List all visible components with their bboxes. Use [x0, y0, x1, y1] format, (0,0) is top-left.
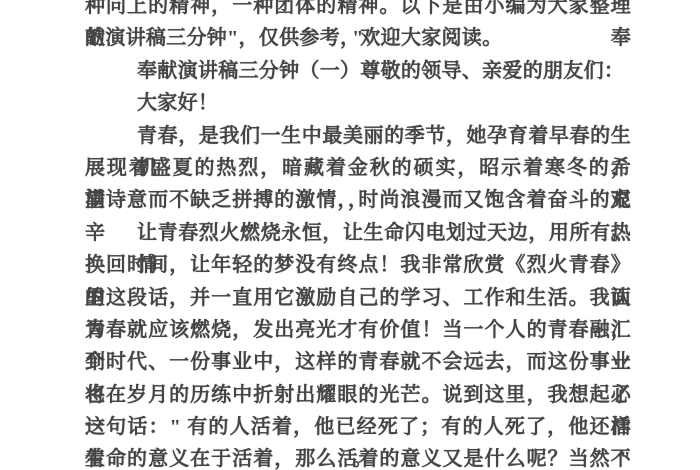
- text-line: 展现着盛夏的热烈，暗藏着金秋的硕实，昭示着寒冬的希望，充: [85, 152, 631, 184]
- text-line: 的这段话，并一直用它激励自己的学习、工作和生活。我认为，: [85, 282, 631, 314]
- text-column: 种向上的精神，一种团体的精神。以下是由小编为大家整理的"奉 献演讲稿三分钟"，仅…: [85, 0, 631, 470]
- text-line: 满诗意而不缺乏拼搏的激情，时尚浪漫而又饱含着奋斗的艰辛。: [85, 184, 631, 216]
- text-line: 生命的意义在于活着，那么活着的意义又是什么呢？当然不是为: [85, 443, 631, 470]
- text-line: 让青春烈火燃烧永恒，让生命闪电划过天边，用所有热情: [85, 217, 631, 249]
- text-line: 个时代、一份事业中，这样的青春就不会远去，而这份事业也必: [85, 346, 631, 378]
- text-line: 一句话：" 有的人活着，他已经死了；有的人死了，他还活着。": [85, 411, 631, 443]
- document-page: 种向上的精神，一种团体的精神。以下是由小编为大家整理的"奉 献演讲稿三分钟"，仅…: [0, 0, 700, 470]
- text-line: 青春，是我们一生中最美丽的季节，她孕育着早春的生机，: [85, 120, 631, 152]
- text-line: 青春就应该燃烧，发出亮光才有价值！当一个人的青春融汇到一: [85, 314, 631, 346]
- text-line: 大家好！: [85, 87, 631, 119]
- text-line: 种向上的精神，一种团体的精神。以下是由小编为大家整理的"奉: [85, 0, 631, 22]
- text-line: 奉献演讲稿三分钟（一）尊敬的领导、亲爱的朋友们：: [85, 55, 631, 87]
- text-line: 将在岁月的历练中折射出耀眼的光芒。说到这里，我想起了这样: [85, 379, 631, 411]
- text-line: 换回时间，让年轻的梦没有终点！我非常欣赏《烈火青春》里面: [85, 249, 631, 281]
